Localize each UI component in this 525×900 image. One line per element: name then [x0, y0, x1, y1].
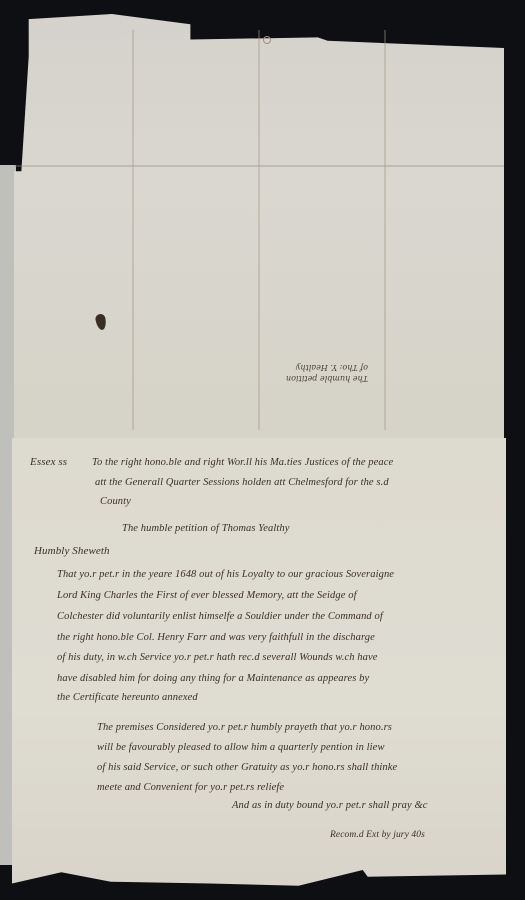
prayer-line: The premises Considered yo.r pet.r humbl… [97, 722, 392, 733]
margin-note: Essex ss [30, 456, 67, 468]
endorsement-line: The humble petition [268, 373, 368, 384]
body-line: the Certificate hereunto annexed [57, 692, 198, 703]
prayer-line: will be favourably pleased to allow him … [97, 742, 385, 753]
petition-sheet [12, 438, 506, 888]
prayer-line: of his said Service, or such other Gratu… [97, 762, 397, 773]
petition-title: The humble petition of Thomas Yealthy [122, 523, 290, 534]
fold-line [14, 165, 504, 167]
address-line: To the right hono.ble and right Wor.ll h… [92, 457, 393, 468]
fold-line [132, 30, 134, 430]
address-line: County [100, 496, 131, 507]
body-line: Colchester did voluntarily enlist himsel… [57, 611, 383, 622]
closing: And as in duty bound yo.r pet.r shall pr… [232, 800, 428, 811]
body-line: have disabled him for doing any thing fo… [57, 673, 369, 684]
prayer-line: meete and Convenient for yo.r pet.rs rel… [97, 782, 284, 793]
fold-line [258, 30, 260, 430]
opening: Humbly Sheweth [34, 545, 110, 557]
docket-note: Recom.d Ext by jury 40s [330, 830, 425, 840]
body-line: the right hono.ble Col. Henry Farr and w… [57, 632, 375, 643]
endorsement-line: of Tho: Y. Healthy [268, 362, 368, 373]
address-line: att the Generall Quarter Sessions holden… [95, 477, 389, 488]
endorsement: The humble petition of Tho: Y. Healthy [268, 362, 368, 384]
pin-hole [263, 36, 271, 44]
body-line: Lord King Charles the First of ever bles… [57, 590, 357, 601]
fold-line [384, 30, 386, 430]
body-line: of his duty, in w.ch Service yo.r pet.r … [57, 652, 378, 663]
body-line: That yo.r pet.r in the yeare 1648 out of… [57, 569, 394, 580]
